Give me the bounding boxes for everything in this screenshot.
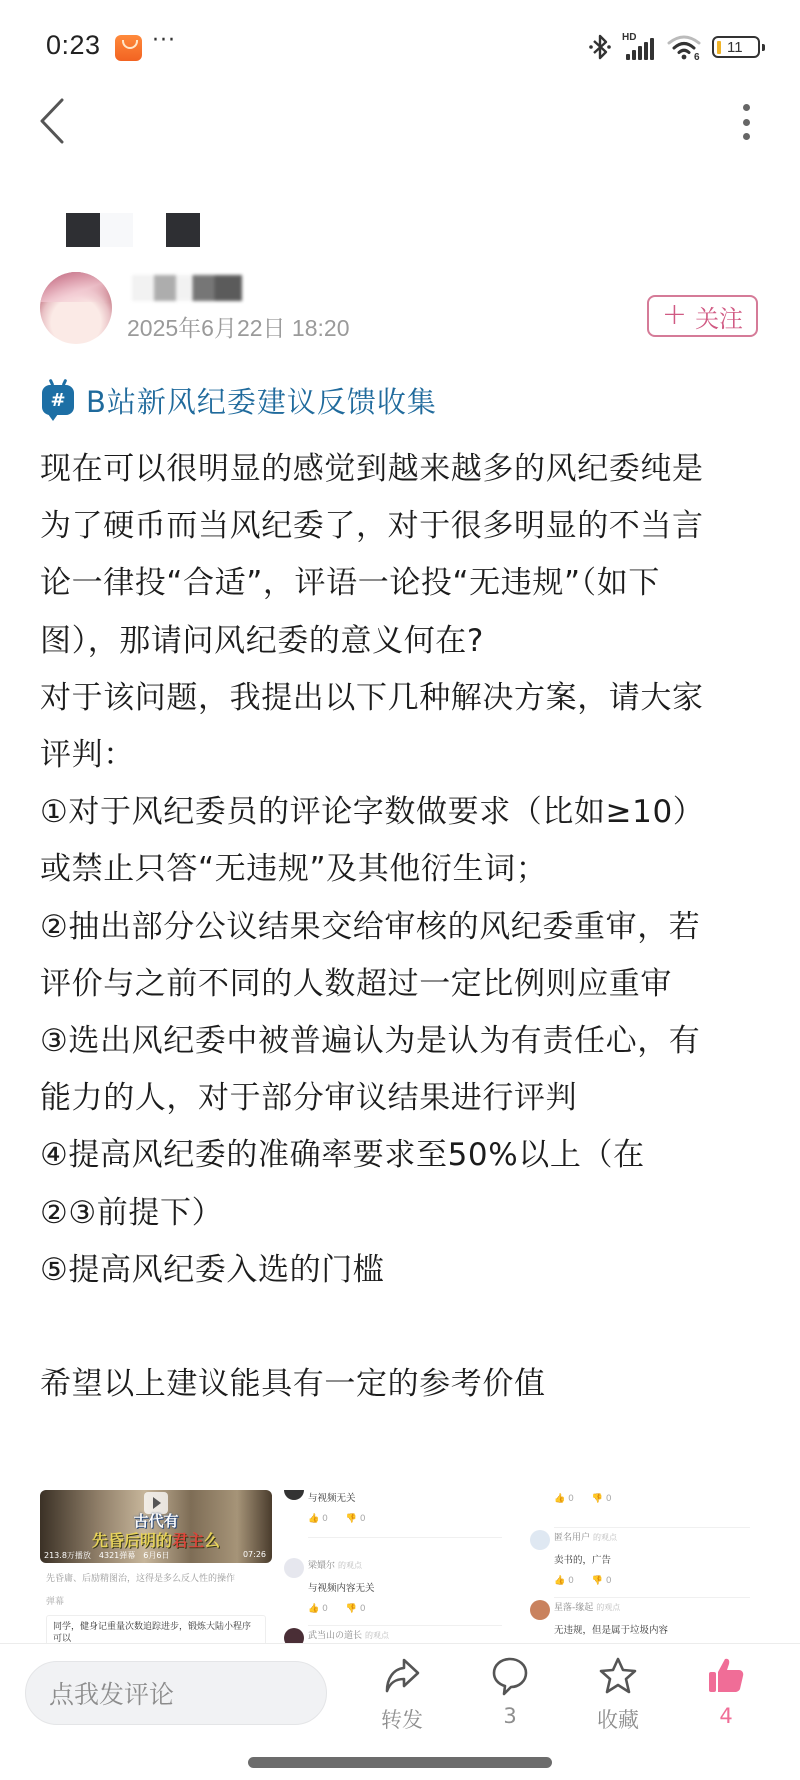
like-button[interactable]: 4 <box>686 1656 766 1728</box>
post-line: 或禁止只答“无违规”及其他衍生词； <box>40 841 768 898</box>
topic-tag[interactable]: # B站新风纪委建议反馈收集 <box>42 378 437 422</box>
post-line: 评判： <box>40 727 768 784</box>
author-avatar[interactable] <box>40 272 112 344</box>
bluetooth-icon <box>588 33 612 61</box>
post-line: ④提高风纪委的准确率要求至50%以上（在 <box>40 1127 768 1184</box>
comment-button[interactable]: 3 <box>470 1656 550 1728</box>
image-thumbnail-2[interactable]: 与视频无关 👍 0👎 0 梁嬛尔的观点 与视频内容无关 👍 0👎 0 武当山の道… <box>282 1490 512 1643</box>
image-gallery: 古代有 先昏后明的君主么 213.8万播放 4321弹幕 6月6日 07:26 … <box>40 1490 760 1643</box>
follow-button[interactable]: + 关注 <box>647 295 758 337</box>
video-cover: 古代有 先昏后明的君主么 213.8万播放 4321弹幕 6月6日 07:26 <box>40 1490 272 1563</box>
image-thumbnail-1[interactable]: 古代有 先昏后明的君主么 213.8万播放 4321弹幕 6月6日 07:26 … <box>40 1490 272 1643</box>
avatar <box>530 1600 550 1620</box>
author-name-redacted[interactable] <box>132 275 242 301</box>
post-line: 希望以上建议能具有一定的参考价值 <box>40 1356 768 1413</box>
post-body: 现在可以很明显的感觉到越来越多的风纪委纯是 为了硬币而当风纪委了，对于很多明显的… <box>40 441 768 1413</box>
favorite-button[interactable]: 收藏 <box>578 1656 658 1734</box>
comment-placeholder: 点我发评论 <box>49 1675 174 1711</box>
thumbs-up-icon <box>706 1656 746 1696</box>
section-label: 弹幕 <box>46 1594 272 1607</box>
image-thumbnail-3[interactable]: 👍 0👎 0 匿名用户的观点 卖书的，广告 👍 0👎 0 星落-缘起的观点 无违… <box>528 1490 760 1643</box>
avatar <box>530 1530 550 1550</box>
comment-item: 星落-缘起的观点 无违规，但是属于垃圾内容 <box>528 1600 760 1643</box>
post-line: 能力的人，对于部分审议结果进行评判 <box>40 1070 768 1127</box>
redacted-block <box>100 213 133 247</box>
post-line: 图），那请问风纪委的意义何在? <box>40 613 768 670</box>
avatar <box>284 1628 304 1643</box>
topic-hashtag-icon: # <box>42 385 74 415</box>
post-line: ①对于风纪委员的评论字数做要求（比如≥10） <box>40 784 768 841</box>
follow-label: 关注 <box>695 299 743 334</box>
danmaku-text: 同学，健身记重量次数追踪进步，锻炼大陆小程序可以 <box>46 1615 266 1643</box>
comment-item: 👍 0👎 0 <box>528 1490 760 1530</box>
back-button[interactable] <box>34 96 68 146</box>
share-label: 转发 <box>381 1704 423 1734</box>
post-line: ②③前提下） <box>40 1185 768 1242</box>
share-icon <box>382 1656 422 1696</box>
status-icons: HD 6 11 <box>588 32 760 62</box>
comment-item: 与视频无关 👍 0👎 0 <box>282 1490 512 1540</box>
battery-level: 11 <box>727 39 743 56</box>
post-line: 对于该问题，我提出以下几种解决方案，请大家 <box>40 670 768 727</box>
video-meta: 213.8万播放 4321弹幕 6月6日 07:26 <box>44 1550 266 1561</box>
dot-icon <box>743 119 750 126</box>
post-line: ②抽出部分公议结果交给审核的风纪委重审，若 <box>40 899 768 956</box>
more-options-button[interactable] <box>738 104 754 140</box>
star-icon <box>598 1656 638 1696</box>
post-line: ③选出风纪委中被普遍认为是认为有责任心，有 <box>40 1013 768 1070</box>
signal-icon: HD <box>622 34 656 60</box>
post-line: 评价与之前不同的人数超过一定比例则应重审 <box>40 956 768 1013</box>
video-description: 先昏庸、后励精图治，这得是多么反人性的操作 <box>46 1571 272 1584</box>
comment-count: 3 <box>503 1704 516 1728</box>
post-line: 论一律投“合适”，评语一论投“无违规”（如下 <box>40 555 768 612</box>
clock: 0:23 <box>46 30 101 61</box>
comment-item: 匿名用户的观点 卖书的，广告 👍 0👎 0 <box>528 1530 760 1600</box>
comment-bubble-icon <box>490 1656 530 1696</box>
comment-input[interactable]: 点我发评论 <box>25 1661 327 1725</box>
blank-line <box>40 1299 768 1356</box>
more-notifications-icon: ··· <box>152 28 176 53</box>
comment-item: 武当山の道长的观点 无违规 <box>282 1628 512 1643</box>
plus-icon: + <box>662 300 687 330</box>
post-timestamp: 2025年6月22日 18:20 <box>127 310 350 343</box>
post-line: 现在可以很明显的感觉到越来越多的风纪委纯是 <box>40 441 768 498</box>
status-bar: 0:23 ··· HD 6 11 <box>0 0 800 90</box>
avatar <box>284 1558 304 1578</box>
shopping-app-icon <box>115 35 142 61</box>
comment-item: 梁嬛尔的观点 与视频内容无关 👍 0👎 0 <box>282 1558 512 1628</box>
dot-icon <box>743 133 750 140</box>
video-title: 先昏后明的君主么 <box>40 1528 272 1551</box>
avatar <box>284 1490 304 1500</box>
post-line: ⑤提高风纪委入选的门槛 <box>40 1242 768 1299</box>
topic-label: B站新风纪委建议反馈收集 <box>86 380 437 421</box>
home-indicator[interactable] <box>248 1757 552 1768</box>
like-count: 4 <box>719 1704 732 1728</box>
redacted-block <box>66 213 100 247</box>
redacted-block <box>166 213 200 247</box>
post-line: 为了硬币而当风纪委了，对于很多明显的不当言 <box>40 498 768 555</box>
dot-icon <box>743 104 750 111</box>
share-button[interactable]: 转发 <box>362 1656 442 1734</box>
favorite-label: 收藏 <box>597 1704 639 1734</box>
wifi-icon: 6 <box>666 33 702 61</box>
svg-text:6: 6 <box>694 52 700 61</box>
battery-icon: 11 <box>712 36 760 58</box>
